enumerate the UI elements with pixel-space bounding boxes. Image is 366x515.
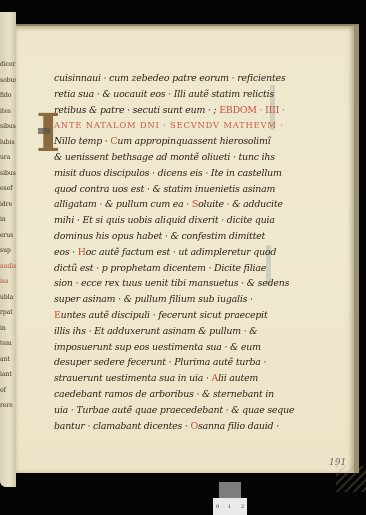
manuscript-line: strauerunt uestimenta sua in uia · Alii … bbox=[54, 371, 284, 387]
manuscript-line: ANTE NATALOM DNI · SECVNDV MATHEVM · bbox=[54, 118, 284, 134]
manuscript-line: Euntes autẽ discipuli · fecerunt sicut p… bbox=[54, 308, 284, 324]
manuscript-line: caedebant ramos de arboribus · & sterneb… bbox=[54, 387, 284, 403]
color-scale-gray-patch bbox=[219, 482, 241, 498]
manuscript-line: dictũ est · p prophetam dicentem · Dicit… bbox=[54, 261, 284, 277]
rubricated-initial: S bbox=[189, 199, 198, 210]
manuscript-line: cuisinnaui · cum zebedeo patre eorum · r… bbox=[54, 71, 284, 87]
manuscript-line: uia · Turbae autẽ quae praecedebant · & … bbox=[54, 403, 284, 419]
scale-label-1: 1 bbox=[228, 504, 231, 510]
left-leaf-text-fragment: lubis bbox=[0, 140, 15, 146]
rubricated-initial: H bbox=[75, 247, 86, 258]
manuscript-line: desuper sedere fecerunt · Plurima autẽ t… bbox=[54, 355, 284, 371]
left-leaf-text-fragment: in bbox=[0, 217, 6, 223]
manuscript-line: eos · Hoc autẽ factum est · ut adimplere… bbox=[54, 245, 284, 261]
manuscript-line: misit duos discipulos · dicens eis · Ite… bbox=[54, 166, 284, 182]
rubricated-initial: C bbox=[108, 136, 118, 147]
left-leaf-text-fragment: of bbox=[0, 388, 6, 394]
left-leaf-text-fragment: ant bbox=[0, 357, 10, 363]
manuscript-line: dominus his opus habet · & confestim dim… bbox=[54, 229, 284, 245]
page-corner-wear bbox=[336, 466, 366, 492]
manuscript-line: retibus & patre · secuti sunt eum · ; EB… bbox=[54, 103, 284, 119]
manuscript-line: alligatam · & pullum cum ea · Soluite · … bbox=[54, 197, 284, 213]
left-leaf-text-fragment: iant bbox=[0, 372, 12, 378]
left-leaf-text-fragment: rpat bbox=[0, 310, 13, 316]
manuscript-line: quod contra uos est · & statim inuenieti… bbox=[54, 182, 284, 198]
manuscript-text-block: cuisinnaui · cum zebedeo patre eorum · r… bbox=[54, 71, 284, 434]
rubricated-initial: O bbox=[188, 421, 198, 432]
manuscript-line: mihi · Et si quis uobis aliquid dixerit … bbox=[54, 213, 284, 229]
left-leaf-text-fragment: in bbox=[0, 326, 6, 332]
left-leaf-text-fragment: ura bbox=[0, 155, 10, 161]
left-leaf-text-fragment: ubla bbox=[0, 295, 13, 301]
manuscript-line: illis ihs · Et adduxerunt asinam & pullu… bbox=[54, 324, 284, 340]
left-leaf-text-fragment: idre bbox=[0, 202, 12, 208]
left-leaf-text-fragment: sibus bbox=[0, 171, 16, 177]
manuscript-line: bantur · clamabant dicentes · Osanna fil… bbox=[54, 419, 284, 435]
manuscript-line: & uenissent bethsage ad montẽ oliueti · … bbox=[54, 150, 284, 166]
left-facing-page-edge: dicersobusfidoitessibuslubisurasibusesof… bbox=[0, 12, 16, 487]
decorated-initial-I: I bbox=[36, 108, 50, 160]
left-leaf-text-fragment: fido bbox=[0, 93, 11, 99]
left-leaf-text-fragment: erus bbox=[0, 233, 13, 239]
left-leaf-text-fragment: sobus bbox=[0, 78, 16, 84]
manuscript-line: imposuerunt sup eos uestimenta sua · & e… bbox=[54, 340, 284, 356]
left-leaf-text-fragment: rere bbox=[0, 403, 13, 409]
left-leaf-text-fragment: isa bbox=[0, 279, 9, 285]
manuscript-line: retia sua · & uocauit eos · Illi autẽ st… bbox=[54, 87, 284, 103]
rubric-heading: EBDOM · IIII · bbox=[216, 105, 284, 116]
rubricated-initial: E bbox=[54, 310, 61, 321]
left-leaf-text-fragment: audis bbox=[0, 264, 16, 270]
scale-label-0: 0 bbox=[216, 504, 219, 510]
left-leaf-text-fragment: esof bbox=[0, 186, 12, 192]
left-leaf-text-fragment: ites bbox=[0, 109, 11, 115]
left-leaf-text-fragment: tem bbox=[0, 341, 12, 347]
scale-label-2: 2 bbox=[241, 504, 244, 510]
manuscript-line: Nillo temp · Cum appropinquassent hieros… bbox=[54, 134, 284, 150]
manuscript-line: super asinam · & pullum filium sub iugal… bbox=[54, 292, 284, 308]
manuscript-line: sion · ecce rex tuus uenit tibi mansuetu… bbox=[54, 276, 284, 292]
left-leaf-text-fragment: sibus bbox=[0, 124, 16, 130]
left-leaf-text-fragment: sup bbox=[0, 248, 11, 254]
rubricated-initial: A bbox=[209, 373, 218, 384]
left-leaf-text-fragment: dicer bbox=[0, 62, 16, 68]
measurement-scale: 0 1 2 bbox=[213, 498, 247, 515]
